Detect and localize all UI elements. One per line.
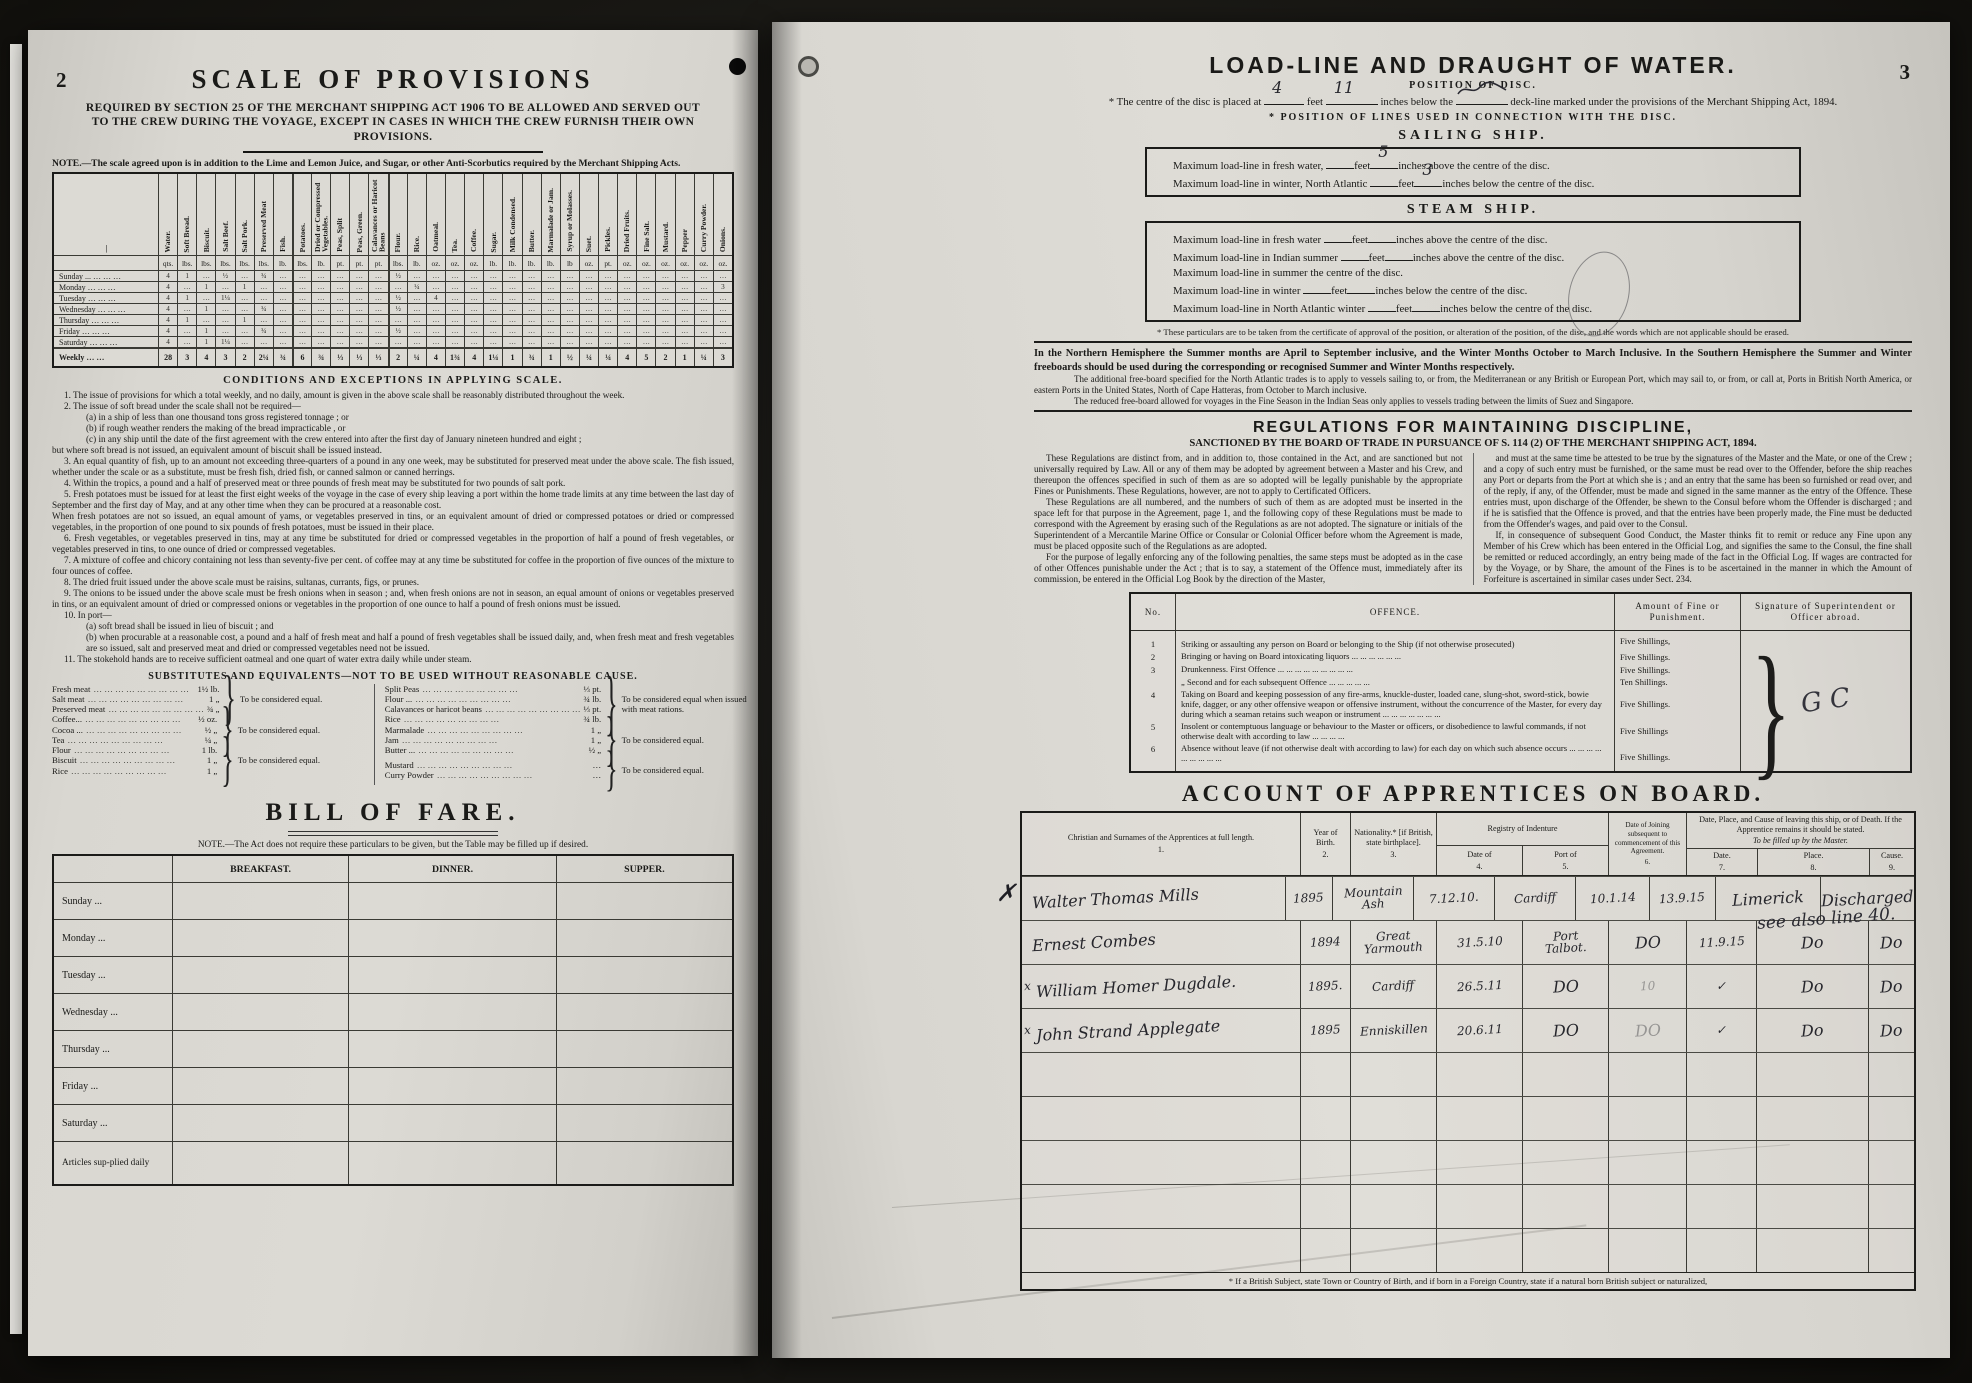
provisions-value-cell: 1 bbox=[177, 292, 196, 303]
substitutes-left-column: Fresh meat… … … … … … … … …1½ lb.Salt me… bbox=[52, 684, 375, 786]
provisions-day-label: Thursday … … … bbox=[54, 314, 158, 325]
col-header-date-of: Date of4. bbox=[1437, 846, 1522, 874]
substitute-dots: … … … … … … … … … bbox=[415, 745, 588, 755]
substitute-value: ¾ lb. bbox=[584, 714, 602, 724]
feet-blank bbox=[1324, 231, 1352, 243]
offence-row-text: Drunkenness. First Offence ... ... ... .… bbox=[1175, 663, 1614, 676]
bof-blank-cell bbox=[172, 882, 348, 919]
apprentice-empty-cell bbox=[1350, 1185, 1436, 1228]
conditions-item: 8. The dried fruit issued under the abov… bbox=[52, 577, 734, 588]
provisions-value-cell: … bbox=[292, 292, 311, 303]
provisions-value-cell: 1 bbox=[196, 303, 215, 314]
book-page-edge bbox=[10, 44, 22, 1334]
inches-blank bbox=[1385, 249, 1413, 261]
substitutes-row: Preserved meat… … … … … … … … …¾ „ bbox=[52, 704, 219, 714]
provisions-column-header: Suet. bbox=[579, 174, 598, 255]
provisions-value-cell: … bbox=[445, 336, 464, 347]
steam-ship-box: Maximum load-line in fresh water feetinc… bbox=[1145, 221, 1801, 322]
provisions-value-cell: … bbox=[349, 303, 368, 314]
provisions-value-cell: … bbox=[235, 292, 254, 303]
provisions-column-header: Tea. bbox=[445, 174, 464, 255]
centre-of-disc-line: * The centre of the disc is placed at 4 … bbox=[1034, 93, 1912, 108]
apprentice-empty-cell bbox=[1686, 1141, 1756, 1184]
substitute-value: … bbox=[592, 760, 601, 770]
apprentice-indenture-date-cell: 20.6.11 bbox=[1436, 1009, 1522, 1052]
provisions-value-cell: … bbox=[522, 303, 541, 314]
provisions-value-cell: … bbox=[292, 314, 311, 325]
handwritten-entry: 13.9.15 bbox=[1659, 890, 1705, 906]
provisions-value-cell: … bbox=[502, 303, 521, 314]
provisions-value-cell: 1 bbox=[196, 281, 215, 292]
substitutes-items: Marmalade… … … … … … … … …1 „Jam… … … … … bbox=[385, 725, 601, 756]
feet-handwritten-value: 4 bbox=[1272, 78, 1282, 97]
apprentice-empty-row bbox=[1022, 1052, 1914, 1096]
bof-column-header: DINNER. bbox=[348, 856, 556, 882]
col-header-year-no: 2. bbox=[1304, 850, 1347, 860]
apprentice-empty-cell bbox=[1756, 1097, 1868, 1140]
apprentice-empty-cell bbox=[1436, 1053, 1522, 1096]
conditions-body: 1. The issue of provisions for which a t… bbox=[52, 390, 734, 666]
provisions-value-cell: … bbox=[196, 270, 215, 281]
loadline-line: Maximum load-line in winter feetinches b… bbox=[1173, 282, 1773, 297]
substitute-name: Flour ... bbox=[385, 694, 413, 704]
provisions-weekly-value: ¾ bbox=[273, 347, 292, 366]
provisions-unit-cell: pt. bbox=[330, 255, 349, 270]
offence-row-fine: Five Shillings. bbox=[1614, 742, 1740, 771]
col-header-registry-group: Registry of Indenture Date of4. Port of5… bbox=[1436, 813, 1608, 874]
conditions-item: 10. In port— bbox=[52, 610, 734, 621]
apprentice-empty-cell bbox=[1686, 1097, 1756, 1140]
col-header-place: Place.8. bbox=[1757, 849, 1869, 875]
provisions-value-cell: … bbox=[675, 303, 694, 314]
apprentices-table-body: Walter Thomas Mills1895MountainAsh7.12.1… bbox=[1022, 876, 1914, 1272]
substitutes-row: Flour ...… … … … … … … … …¾ lb. bbox=[385, 694, 601, 704]
apprentice-year-cell: 1894 bbox=[1300, 921, 1350, 964]
provisions-weekly-value: ½ bbox=[560, 347, 579, 366]
provisions-column-header: Salt Beef. bbox=[215, 174, 234, 255]
conditions-item: 2. The issue of soft bread under the sca… bbox=[52, 401, 734, 412]
apprentices-footnote: * If a British Subject, state Town or Co… bbox=[1022, 1272, 1914, 1289]
col-header-year-label: Year of Birth. bbox=[1304, 828, 1347, 848]
provisions-column-header: Pickles. bbox=[598, 174, 617, 255]
provisions-value-cell: ¾ bbox=[254, 303, 273, 314]
binder-hole-icon bbox=[798, 56, 819, 77]
feet-blank bbox=[1303, 282, 1331, 294]
provisions-value-cell: … bbox=[388, 336, 407, 347]
provisions-weekly-value: 2 bbox=[388, 347, 407, 366]
conditions-item: 5. Fresh potatoes must be issued for at … bbox=[52, 489, 734, 511]
conditions-heading: CONDITIONS AND EXCEPTIONS IN APPLYING SC… bbox=[52, 375, 734, 388]
regulations-paragraph: These Regulations are distinct from, and… bbox=[1034, 453, 1463, 497]
substitute-name: Cocoa ... bbox=[52, 725, 83, 735]
provisions-weekly-value: ¼ bbox=[598, 347, 617, 366]
bof-day-label: Saturday ... bbox=[54, 1104, 172, 1141]
provisions-value-cell: … bbox=[502, 270, 521, 281]
col-header-joining-label: Date of Joining subsequent to commenceme… bbox=[1612, 821, 1683, 856]
provisions-value-cell: … bbox=[311, 325, 330, 336]
feet-blank bbox=[1341, 249, 1369, 261]
substitute-dots: … … … … … … … … … bbox=[85, 694, 209, 704]
conditions-item: 3. An equal quantity of fish, up to an a… bbox=[52, 456, 734, 478]
bof-day-label: Sunday ... bbox=[54, 882, 172, 919]
provisions-value-cell: … bbox=[655, 325, 674, 336]
bof-blank-cell bbox=[556, 993, 732, 1030]
registry-of-indenture-label: Registry of Indenture bbox=[1437, 813, 1608, 846]
provisions-value-cell: 1 bbox=[177, 314, 196, 325]
provisions-value-cell: … bbox=[522, 314, 541, 325]
provisions-value-cell: … bbox=[675, 336, 694, 347]
apprentice-leave-cause-cell: Do bbox=[1868, 965, 1914, 1008]
apprentice-year-cell: 1895 bbox=[1285, 877, 1332, 920]
provisions-value-cell: … bbox=[617, 292, 636, 303]
substitute-value: 1 „ bbox=[591, 725, 601, 735]
offence-row-text: „ Second and for each subsequent Offence… bbox=[1175, 676, 1614, 688]
provisions-value-cell: … bbox=[177, 336, 196, 347]
handwritten-entry: Do bbox=[1801, 1020, 1824, 1040]
apprentices-table: ✗ Christian and Surnames of the Apprenti… bbox=[1020, 811, 1916, 1290]
handwritten-entry: DO bbox=[1552, 976, 1579, 996]
substitutes-group: Mustard… … … … … … … … ……Curry Powder… …… bbox=[385, 755, 750, 785]
regulations-paragraph: These Regulations are all numbered, and … bbox=[1034, 497, 1463, 552]
provisions-weekly-label: Weekly … … bbox=[54, 347, 158, 366]
provisions-value-cell: … bbox=[579, 336, 598, 347]
feet-blank: 4 bbox=[1264, 93, 1304, 105]
handwritten-entry: DO bbox=[1634, 932, 1661, 952]
provisions-column-header: Rice. bbox=[407, 174, 426, 255]
substitute-value: 1 „ bbox=[207, 766, 217, 776]
provisions-value-cell: 1¼ bbox=[215, 292, 234, 303]
apprentice-empty-cell bbox=[1350, 1141, 1436, 1184]
apprentice-leave-date-cell: ✓ bbox=[1686, 965, 1756, 1008]
apprentice-empty-cell bbox=[1022, 1097, 1300, 1140]
provisions-value-cell: ¾ bbox=[254, 325, 273, 336]
apprentice-empty-cell bbox=[1756, 1141, 1868, 1184]
inches-blank: 5 bbox=[1370, 157, 1398, 169]
provisions-value-cell: … bbox=[254, 281, 273, 292]
provisions-value-cell: … bbox=[483, 292, 502, 303]
provisions-value-cell: … bbox=[464, 314, 483, 325]
provisions-value-cell: … bbox=[560, 270, 579, 281]
provisions-weekly-value: 1 bbox=[502, 347, 521, 366]
provisions-day-label: Saturday … … … bbox=[54, 336, 158, 347]
provisions-value-cell: … bbox=[273, 292, 292, 303]
substitutes-items: Coffee...… … … … … … … … …½ oz.Cocoa ...… bbox=[52, 714, 217, 745]
provisions-unit-cell: lb. bbox=[502, 255, 521, 270]
inches-handwritten-value: 11 bbox=[1334, 78, 1354, 97]
provisions-value-cell: … bbox=[713, 292, 732, 303]
handwritten-entry: Cardiff bbox=[1372, 978, 1415, 994]
provisions-weekly-value: ¼ bbox=[407, 347, 426, 366]
provisions-value-cell: … bbox=[215, 303, 234, 314]
provisions-value-cell: … bbox=[522, 325, 541, 336]
handwritten-inches-value: 3 bbox=[1422, 160, 1432, 179]
provisions-value-cell: … bbox=[273, 336, 292, 347]
provisions-day-label: Friday … … … bbox=[54, 325, 158, 336]
provisions-unit-cell: oz. bbox=[579, 255, 598, 270]
provisions-value-cell: … bbox=[368, 336, 387, 347]
bof-blank-cell bbox=[556, 956, 732, 993]
binder-hole-icon bbox=[729, 58, 746, 75]
substitutes-row: Salt meat… … … … … … … … …1 „ bbox=[52, 694, 219, 704]
inches-blank: 11 bbox=[1326, 93, 1378, 105]
substitutes-row: Tea… … … … … … … … …¼ „ bbox=[52, 735, 217, 745]
provisions-value-cell: … bbox=[311, 336, 330, 347]
provisions-weekly-value: 6 bbox=[292, 347, 311, 366]
col-header-joining: Date of Joining subsequent to commenceme… bbox=[1608, 813, 1686, 874]
apprentice-empty-cell bbox=[1868, 1053, 1914, 1096]
provisions-value-cell: 3 bbox=[713, 281, 732, 292]
conditions-item: 11. The stokehold hands are to receive s… bbox=[52, 654, 734, 665]
substitute-name: Mustard bbox=[385, 760, 414, 770]
conditions-item: (b) if rough weather renders the making … bbox=[86, 423, 734, 434]
substitute-dots: … … … … … … … … … bbox=[82, 714, 198, 724]
provisions-value-cell: … bbox=[617, 303, 636, 314]
provisions-value-cell: … bbox=[215, 314, 234, 325]
provisions-unit-cell: pt. bbox=[368, 255, 387, 270]
substitute-name: Butter ... bbox=[385, 745, 415, 755]
provisions-value-cell: … bbox=[636, 303, 655, 314]
apprentice-joining-cell: DO bbox=[1608, 1009, 1686, 1052]
bof-blank-cell bbox=[556, 919, 732, 956]
substitute-dots: … … … … … … … … … bbox=[419, 684, 583, 694]
provisions-column-header: Calavances or Haricot Beans bbox=[368, 174, 387, 255]
provisions-unit-cell: lbs. bbox=[196, 255, 215, 270]
offence-row-no: 5 bbox=[1131, 720, 1175, 742]
regulations-title: REGULATIONS FOR MAINTAINING DISCIPLINE, bbox=[1034, 419, 1912, 437]
provisions-weekly-value: 1 bbox=[541, 347, 560, 366]
provisions-column-header: Coffee. bbox=[464, 174, 483, 255]
substitute-value: ¼ „ bbox=[205, 735, 218, 745]
apprentice-leave-cause-cell: Do bbox=[1868, 1009, 1914, 1052]
col-header-name-label: Christian and Surnames of the Apprentice… bbox=[1025, 833, 1297, 843]
provisions-value-cell: … bbox=[235, 325, 254, 336]
substitutes-note: To be considered equal. bbox=[240, 694, 366, 704]
provisions-column-header: Onions. bbox=[713, 174, 732, 255]
provisions-weekly-value: ¼ bbox=[579, 347, 598, 366]
provisions-value-cell: … bbox=[598, 292, 617, 303]
apprentice-empty-cell bbox=[1522, 1229, 1608, 1272]
substitutes-note: To be considered equal. bbox=[622, 765, 750, 775]
col-header-name: Christian and Surnames of the Apprentice… bbox=[1022, 813, 1300, 874]
apprentice-empty-cell bbox=[1608, 1141, 1686, 1184]
feet-label: feet bbox=[1307, 96, 1323, 108]
provisions-value-cell: ½ bbox=[388, 303, 407, 314]
provisions-value-cell: … bbox=[502, 314, 521, 325]
apprentice-name-cell: Walter Thomas Mills bbox=[1022, 877, 1285, 920]
substitutes-row: Curry Powder… … … … … … … … …… bbox=[385, 770, 601, 780]
apprentice-empty-cell bbox=[1436, 1229, 1522, 1272]
provisions-value-cell: … bbox=[254, 314, 273, 325]
substitute-value: ½ oz. bbox=[198, 714, 217, 724]
bof-blank-cell bbox=[556, 1104, 732, 1141]
conditions-item: When fresh potatoes are not so issued, a… bbox=[52, 511, 734, 533]
provisions-value-cell: … bbox=[713, 336, 732, 347]
apprentice-row: xWilliam Homer Dugdale.1895.Cardiff26.5.… bbox=[1022, 964, 1914, 1008]
apprentice-nationality-cell: Enniskillen bbox=[1350, 1009, 1436, 1052]
provisions-value-cell: … bbox=[560, 292, 579, 303]
provisions-value-cell: … bbox=[560, 325, 579, 336]
apprentice-row: xJohn Strand Applegate1895Enniskillen20.… bbox=[1022, 1008, 1914, 1052]
provisions-value-cell: ½ bbox=[388, 325, 407, 336]
provisions-value-cell: … bbox=[617, 336, 636, 347]
provisions-column-header: Sugar. bbox=[483, 174, 502, 255]
bof-column-header: SUPPER. bbox=[556, 856, 732, 882]
handwritten-entry: Ash bbox=[1361, 898, 1384, 912]
provisions-value-cell: … bbox=[407, 292, 426, 303]
provisions-value-cell: … bbox=[636, 281, 655, 292]
apprentice-empty-cell bbox=[1350, 1053, 1436, 1096]
handwritten-entry: William Homer Dugdale. bbox=[1035, 971, 1236, 1000]
provisions-value-cell: … bbox=[598, 336, 617, 347]
leaving-italic-note: To be filled up by the Master. bbox=[1690, 836, 1911, 846]
loadline-line: Maximum load-line in North Atlantic wint… bbox=[1173, 300, 1773, 315]
loadline-line: Maximum load-line in Indian summer feeti… bbox=[1173, 249, 1773, 264]
handwritten-entry: ✓ bbox=[1716, 1023, 1727, 1038]
provisions-value-cell: … bbox=[694, 303, 713, 314]
bof-corner-cell bbox=[54, 856, 172, 882]
provisions-value-cell: … bbox=[483, 270, 502, 281]
apprentice-empty-cell bbox=[1022, 1229, 1300, 1272]
title-rule bbox=[243, 151, 543, 153]
bof-blank-cell bbox=[556, 882, 732, 919]
provisions-value-cell: … bbox=[617, 325, 636, 336]
provisions-value-cell: … bbox=[407, 325, 426, 336]
apprentice-indenture-port-cell: PortTalbot. bbox=[1522, 921, 1608, 964]
provisions-weekly-value: 4 bbox=[464, 347, 483, 366]
provisions-column-header: Oatmeal. bbox=[426, 174, 445, 255]
offence-row-text: Striking or assaulting any person on Boa… bbox=[1175, 631, 1614, 650]
provisions-weekly-value: 5 bbox=[636, 347, 655, 366]
bof-blank-cell bbox=[556, 1067, 732, 1104]
provisions-value-cell: … bbox=[598, 270, 617, 281]
provisions-weekly-value: ⅓ bbox=[349, 347, 368, 366]
apprentice-joining-cell: DO bbox=[1608, 921, 1686, 964]
apprentice-empty-row bbox=[1022, 1096, 1914, 1140]
provisions-value-cell: 4 bbox=[158, 281, 177, 292]
handwritten-entry: Yarmouth bbox=[1364, 941, 1423, 957]
conditions-item: but where soft bread is not issued, an e… bbox=[52, 445, 734, 456]
bill-of-fare-title: BILL OF FARE. bbox=[52, 799, 734, 827]
substitute-name: Preserved meat bbox=[52, 704, 105, 714]
provisions-value-cell: 1¼ bbox=[215, 336, 234, 347]
provisions-value-cell: … bbox=[407, 270, 426, 281]
provisions-value-cell: … bbox=[292, 325, 311, 336]
apprentice-name-cell: xJohn Strand Applegate bbox=[1022, 1009, 1300, 1052]
provisions-column-header: Dried or Compressed Vegetables. bbox=[311, 174, 330, 255]
provisions-value-cell: … bbox=[579, 303, 598, 314]
handwritten-entry: x bbox=[1024, 979, 1032, 993]
bof-day-label: Wednesday ... bbox=[54, 993, 172, 1030]
provisions-value-cell: … bbox=[541, 281, 560, 292]
provisions-value-cell: … bbox=[483, 281, 502, 292]
substitutes-row: Calavances or haricot beans… … … … … … …… bbox=[385, 704, 601, 714]
provisions-unit-cell: oz. bbox=[713, 255, 732, 270]
conditions-item: 1. The issue of provisions for which a t… bbox=[52, 390, 734, 401]
provisions-value-cell: 1 bbox=[196, 336, 215, 347]
apprentice-empty-cell bbox=[1868, 1229, 1914, 1272]
apprentice-empty-cell bbox=[1756, 1229, 1868, 1272]
provisions-value-cell: … bbox=[541, 303, 560, 314]
handwritten-entry: 1894 bbox=[1310, 934, 1341, 950]
substitute-value: ½ „ bbox=[589, 745, 602, 755]
provisions-value-cell: … bbox=[445, 314, 464, 325]
apprentice-empty-cell bbox=[1868, 1141, 1914, 1184]
provisions-column-header: Syrup or Molasses. bbox=[560, 174, 579, 255]
offence-row-no: 3 bbox=[1131, 663, 1175, 676]
provisions-value-cell: … bbox=[235, 336, 254, 347]
provisions-value-cell: … bbox=[560, 281, 579, 292]
offence-table: No.OFFENCE.Amount of Fine or Punishment.… bbox=[1129, 592, 1912, 773]
handwritten-entry: 1895 bbox=[1310, 1022, 1341, 1038]
steam-ship-heading: STEAM SHIP. bbox=[1034, 202, 1912, 218]
substitute-dots: … … … … … … … … … bbox=[71, 745, 202, 755]
substitutes-row: Jam… … … … … … … … …1 „ bbox=[385, 735, 601, 745]
substitute-dots: … … … … … … … … … bbox=[399, 735, 591, 745]
centre-line-pre: * The centre of the disc is placed at bbox=[1109, 96, 1262, 108]
conditions-section: CONDITIONS AND EXCEPTIONS IN APPLYING SC… bbox=[52, 375, 734, 665]
provisions-column-header: Curry Powder. bbox=[694, 174, 713, 255]
provisions-value-cell: … bbox=[330, 336, 349, 347]
provisions-value-cell: … bbox=[235, 303, 254, 314]
provisions-value-cell: … bbox=[713, 314, 732, 325]
bof-day-label: Friday ... bbox=[54, 1067, 172, 1104]
substitutes-group: Flour… … … … … … … … …1 lb.Biscuit… … … … bbox=[52, 745, 366, 776]
apprentice-empty-cell bbox=[1608, 1185, 1686, 1228]
handwritten-entry: Limerick bbox=[1732, 887, 1805, 910]
provisions-value-cell: … bbox=[368, 303, 387, 314]
col-header-name-no: 1. bbox=[1025, 845, 1297, 855]
provisions-value-cell: … bbox=[560, 303, 579, 314]
provisions-value-cell: 4 bbox=[158, 314, 177, 325]
provisions-value-cell: 1 bbox=[177, 270, 196, 281]
provisions-value-cell: … bbox=[655, 292, 674, 303]
provisions-value-cell: … bbox=[617, 281, 636, 292]
provisions-unit-cell: oz. bbox=[464, 255, 483, 270]
substitute-dots: … … … … … … … … … bbox=[77, 755, 207, 765]
provisions-value-cell: … bbox=[349, 270, 368, 281]
provisions-unit-cell: oz. bbox=[655, 255, 674, 270]
provisions-unit-cell: lbs. bbox=[292, 255, 311, 270]
provisions-weekly-value: 3 bbox=[177, 347, 196, 366]
apprentice-indenture-port-cell: DO bbox=[1522, 1009, 1608, 1052]
provisions-value-cell: … bbox=[560, 336, 579, 347]
provisions-value-cell: … bbox=[694, 281, 713, 292]
sailing-ship-box: Maximum load-line in fresh water, feet5i… bbox=[1145, 147, 1801, 197]
substitutes-group: Fresh meat… … … … … … … … …1½ lb.Salt me… bbox=[52, 684, 366, 715]
provisions-column-header: Milk Condensed. bbox=[502, 174, 521, 255]
provisions-weekly-value: ⅓ bbox=[368, 347, 387, 366]
provisions-value-cell: … bbox=[368, 325, 387, 336]
handwritten-x-mark: ✗ bbox=[996, 879, 1016, 907]
provisions-value-cell: … bbox=[292, 303, 311, 314]
inches-blank bbox=[1368, 231, 1396, 243]
col-header-date7: Date.7. bbox=[1687, 849, 1757, 875]
apprentice-empty-cell bbox=[1300, 1141, 1350, 1184]
handwritten-entry: 10.1.14 bbox=[1589, 890, 1635, 906]
substitutes-note: To be considered equal. bbox=[238, 755, 366, 765]
substitute-value: … bbox=[592, 770, 601, 780]
substitute-dots: … … … … … … … … … bbox=[434, 770, 593, 780]
apprentice-indenture-port-cell: DO bbox=[1522, 965, 1608, 1008]
apprentice-indenture-date-cell: 31.5.10 bbox=[1436, 921, 1522, 964]
bof-day-label: Tuesday ... bbox=[54, 956, 172, 993]
regulations-column-1: These Regulations are distinct from, and… bbox=[1034, 453, 1473, 585]
provisions-value-cell: 4 bbox=[158, 270, 177, 281]
handwritten-entry: John Strand Applegate bbox=[1035, 1016, 1220, 1045]
substitute-dots: … … … … … … … … … bbox=[105, 704, 207, 714]
substitute-dots: … … … … … … … … … bbox=[64, 735, 204, 745]
provisions-value-cell: … bbox=[675, 281, 694, 292]
